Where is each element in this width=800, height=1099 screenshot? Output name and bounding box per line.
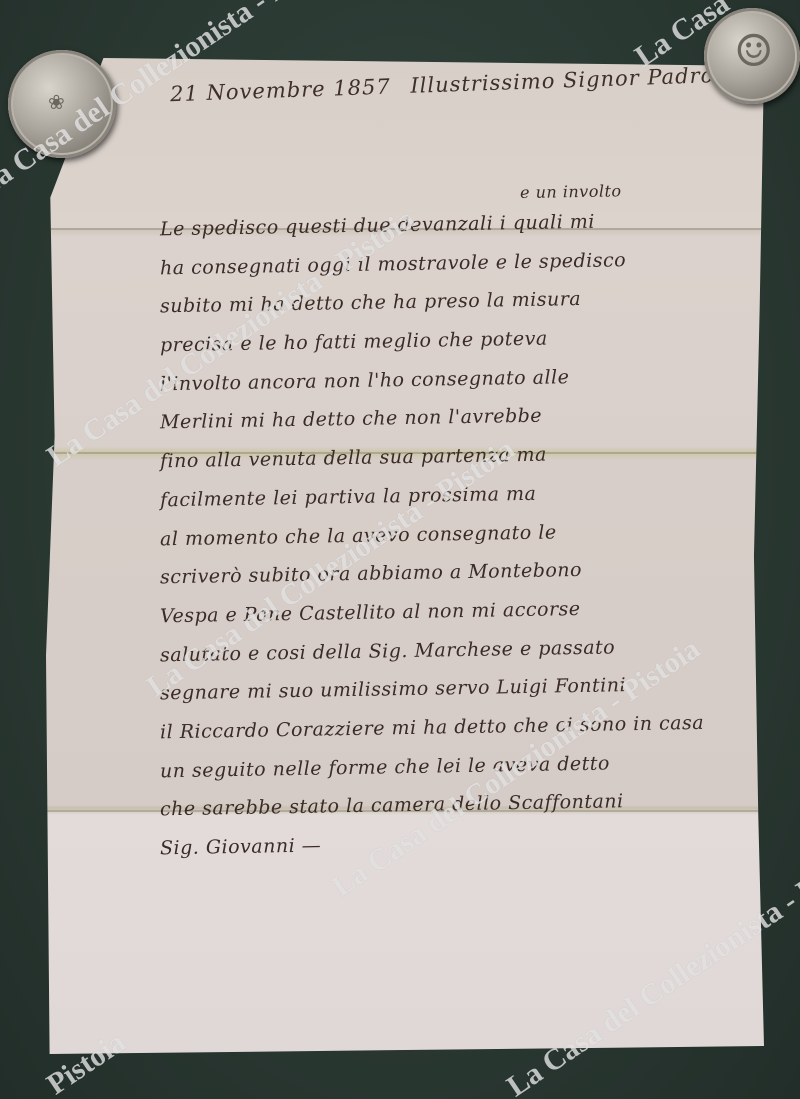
coin-left: ❀ [8,50,116,158]
portrait-icon: ☺ [734,26,773,77]
coin-right: ☺ [704,8,800,104]
crest-icon: ❀ [48,90,65,114]
letter-body: e un involto Le spedisco questi due deva… [160,175,770,863]
